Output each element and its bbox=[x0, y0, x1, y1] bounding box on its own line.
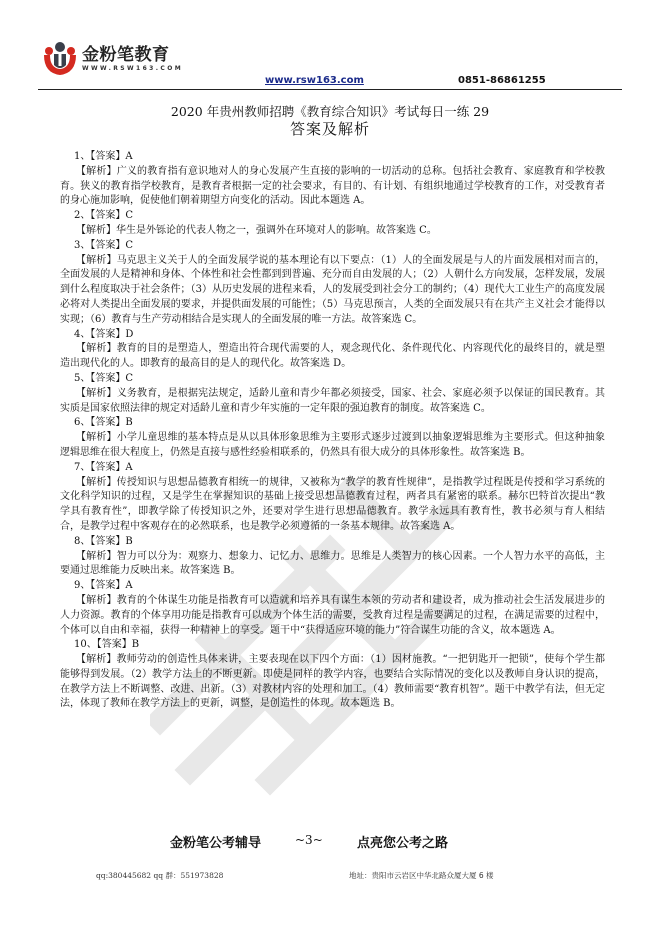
question-item: 5、【答案】C 【解析】义务教育，是根据宪法规定，适龄儿童和青少年都必须接受，国… bbox=[60, 372, 605, 416]
address: 地址：贵阳市云岩区中华北路众厦大厦 6 楼 bbox=[349, 870, 494, 881]
document-title: 2020 年贵州教师招聘《教育综合知识》考试每日一练 29 bbox=[0, 104, 660, 120]
footer-slogan-right: 点亮您公考之路 bbox=[357, 832, 448, 851]
phone-number: 0851-86861255 bbox=[458, 75, 546, 86]
brand-url: WWW.RSW163.COM bbox=[82, 65, 183, 73]
question-item: 2、【答案】C 【解析】华生是外铄论的代表人物之一，强调外在环境对人的影响。故答… bbox=[60, 209, 605, 239]
answer-line: 1、【答案】A bbox=[60, 150, 605, 165]
answer-line: 2、【答案】C bbox=[60, 209, 605, 224]
explanation-text: 【解析】智力可以分为：观察力、想象力、记忆力、思维力。思维是人类智力的核心因素。… bbox=[60, 550, 605, 580]
explanation-text: 【解析】义务教育，是根据宪法规定，适龄儿童和青少年都必须接受，国家、社会、家庭必… bbox=[60, 387, 605, 417]
page-footer: 金粉笔公考辅导 ~3~ 点亮您公考之路 bbox=[0, 832, 660, 852]
question-item: 10、【答案】B 【解析】教师劳动的创造性具体来讲，主要表现在以下四个方面：（1… bbox=[60, 638, 605, 712]
brand-logo-icon bbox=[42, 41, 78, 77]
brand-name: 金粉笔教育 bbox=[82, 46, 183, 65]
question-item: 8、【答案】B 【解析】智力可以分为：观察力、想象力、记忆力、思维力。思维是人类… bbox=[60, 535, 605, 579]
explanation-text: 【解析】教师劳动的创造性具体来讲，主要表现在以下四个方面：（1）因材施教。“一把… bbox=[60, 653, 605, 712]
question-item: 7、【答案】A 【解析】传授知识与思想品德教育相统一的规律，又被称为“教学的教育… bbox=[60, 461, 605, 535]
question-item: 4、【答案】D 【解析】教育的目的是塑造人，塑造出符合现代需要的人，观念现代化、… bbox=[60, 328, 605, 372]
question-item: 1、【答案】A 【解析】广义的教育指有意识地对人的身心发展产生直接的影响的一切活… bbox=[60, 150, 605, 209]
answer-line: 7、【答案】A bbox=[60, 461, 605, 476]
footer-slogan-left: 金粉笔公考辅导 bbox=[170, 832, 261, 851]
answer-line: 4、【答案】D bbox=[60, 328, 605, 343]
header-divider bbox=[38, 89, 622, 90]
page-header: 金粉笔教育 WWW.RSW163.COM www.rsw163.com 0851… bbox=[0, 0, 660, 92]
page-number: ~3~ bbox=[295, 833, 323, 847]
document-subtitle: 答案及解析 bbox=[0, 119, 660, 139]
answer-line: 3、【答案】C bbox=[60, 239, 605, 254]
brand-logo: 金粉笔教育 WWW.RSW163.COM bbox=[42, 41, 183, 77]
explanation-text: 【解析】小学儿童思维的基本特点是从以具体形象思维为主要形式逐步过渡到以抽象逻辑思… bbox=[60, 431, 605, 461]
website-link[interactable]: www.rsw163.com bbox=[265, 75, 364, 86]
question-item: 6、【答案】B 【解析】小学儿童思维的基本特点是从以具体形象思维为主要形式逐步过… bbox=[60, 416, 605, 460]
question-item: 3、【答案】C 【解析】马克思主义关于人的全面发展学说的基本理论有以下要点：（1… bbox=[60, 239, 605, 328]
explanation-text: 【解析】马克思主义关于人的全面发展学说的基本理论有以下要点：（1）人的全面发展是… bbox=[60, 254, 605, 328]
answer-line: 6、【答案】B bbox=[60, 416, 605, 431]
explanation-text: 【解析】教育的目的是塑造人，塑造出符合现代需要的人，观念现代化、条件现代化、内容… bbox=[60, 342, 605, 372]
answer-line: 10、【答案】B bbox=[60, 638, 605, 653]
answer-line: 8、【答案】B bbox=[60, 535, 605, 550]
explanation-text: 【解析】教育的个体谋生功能是指教育可以造就和培养具有谋生本领的劳动者和建设者，成… bbox=[60, 594, 605, 638]
question-item: 9、【答案】A 【解析】教育的个体谋生功能是指教育可以造就和培养具有谋生本领的劳… bbox=[60, 579, 605, 638]
answer-line: 9、【答案】A bbox=[60, 579, 605, 594]
answer-list: 1、【答案】A 【解析】广义的教育指有意识地对人的身心发展产生直接的影响的一切活… bbox=[60, 150, 605, 712]
answer-line: 5、【答案】C bbox=[60, 372, 605, 387]
explanation-text: 【解析】传授知识与思想品德教育相统一的规律，又被称为“教学的教育性规律”，是指教… bbox=[60, 476, 605, 535]
explanation-text: 【解析】广义的教育指有意识地对人的身心发展产生直接的影响的一切活动的总称。包括社… bbox=[60, 165, 605, 209]
explanation-text: 【解析】华生是外铄论的代表人物之一，强调外在环境对人的影响。故答案选 C。 bbox=[60, 224, 605, 239]
qq-contact: qq:380445682 qq 群：551973828 bbox=[96, 870, 223, 881]
